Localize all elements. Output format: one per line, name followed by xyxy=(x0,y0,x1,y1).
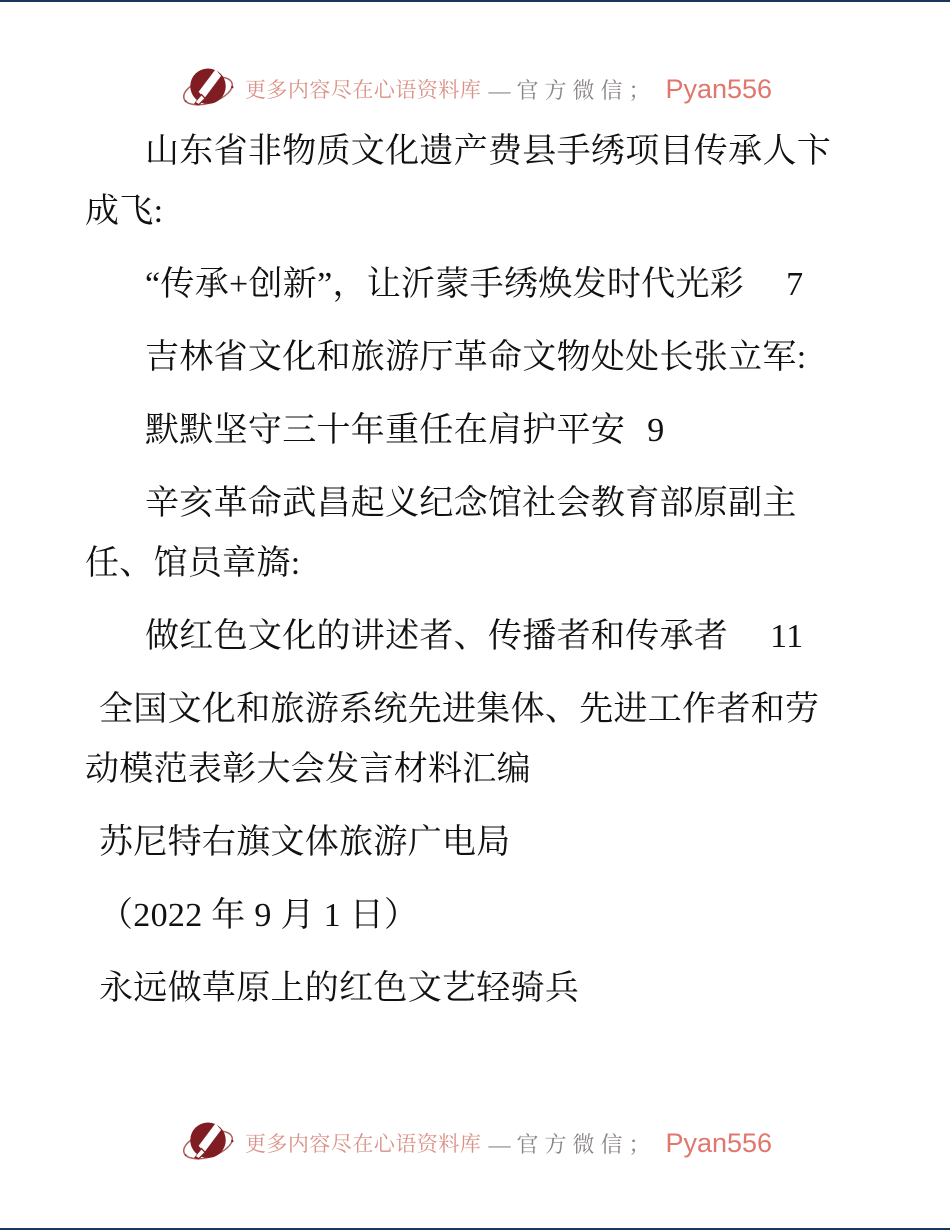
toc-line: 苏尼特右旗文体旅游广电局 xyxy=(85,813,865,873)
page-number: 11 xyxy=(770,607,803,667)
wechat-id-text: Pyan556 xyxy=(665,1128,772,1159)
page-number: 7 xyxy=(786,255,803,315)
page-number: 9 xyxy=(647,401,664,461)
watermark-brand-text: 更多内容尽在心语资料库 xyxy=(245,74,482,104)
toc-line: 做红色文化的讲述者、传播者和传承者11 xyxy=(85,607,865,667)
toc-line: 任、馆员章旖: xyxy=(85,534,865,594)
toc-line: 默默坚守三十年重任在肩护平安9 xyxy=(85,401,865,461)
toc-body: 山东省非物质文化遗产费县手绣项目传承人卞 成飞: “传承+创新”，让沂蒙手绣焕发… xyxy=(85,122,865,1032)
toc-line: 成飞: xyxy=(85,182,865,242)
watermark-brand-text: 更多内容尽在心语资料库 xyxy=(245,1128,482,1158)
toc-line: 辛亥革命武昌起义纪念馆社会教育部原副主 xyxy=(85,474,865,534)
document-page: 更多内容尽在心语资料库 —官方微信； Pyan556 山东省非物质文化遗产费县手… xyxy=(0,0,950,1230)
wechat-id-text: Pyan556 xyxy=(665,74,772,105)
footer-watermark: 更多内容尽在心语资料库 —官方微信； Pyan556 xyxy=(0,1114,950,1172)
toc-line: “传承+创新”，让沂蒙手绣焕发时代光彩7 xyxy=(85,255,865,315)
watermark-channel-label: —官方微信； xyxy=(488,74,656,105)
header-watermark: 更多内容尽在心语资料库 —官方微信； Pyan556 xyxy=(0,60,950,118)
toc-line: 山东省非物质文化遗产费县手绣项目传承人卞 xyxy=(85,122,865,182)
pen-nib-logo-icon xyxy=(178,1115,238,1171)
toc-line: 永远做草原上的红色文艺轻骑兵 xyxy=(85,959,865,1019)
pen-nib-logo-icon xyxy=(178,61,238,117)
toc-line: （2022 年 9 月 1 日） xyxy=(85,886,865,946)
toc-line: 动模范表彰大会发言材料汇编 xyxy=(85,740,865,800)
toc-line: 全国文化和旅游系统先进集体、先进工作者和劳 xyxy=(85,680,865,740)
toc-line: 吉林省文化和旅游厅革命文物处处长张立军: xyxy=(85,328,865,388)
watermark-channel-label: —官方微信； xyxy=(488,1128,656,1159)
